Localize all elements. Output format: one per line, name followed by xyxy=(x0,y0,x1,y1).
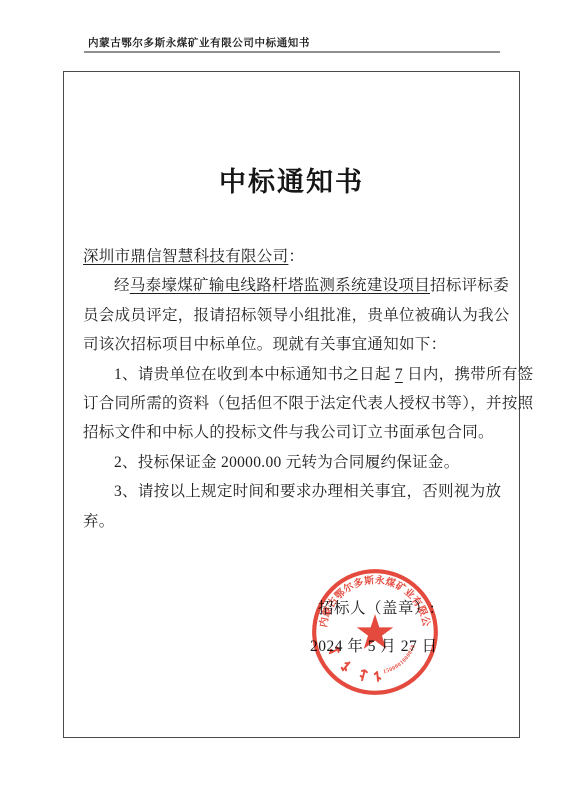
document-line: 经马泰壕煤矿输电线路杆塔监测系统建设项目招标评标委 xyxy=(83,271,507,300)
seal-registration-code: 1500001000018 xyxy=(383,644,417,675)
document-line: 订合同所需的资料（包括但不限于法定代表人授权书等），并按照 xyxy=(83,389,507,418)
body-text: 司该次招标项目中标单位。现就有关事宜通知如下： xyxy=(83,336,446,353)
underlined-text: 深圳市鼎信智慧科技有限公司 xyxy=(83,248,288,265)
document-line: 员会成员评定，报请招标领导小组批准，贵单位被确认为我公 xyxy=(83,301,507,330)
seal-company-text: 内蒙古鄂尔多斯永煤矿业有限公司 xyxy=(311,568,432,628)
seal-star-icon xyxy=(357,614,393,649)
body-text: 招标文件和中标人的投标文件与我公司订立书面承包合同。 xyxy=(83,424,494,441)
body-text: ： xyxy=(288,248,304,265)
body-text: 招标评标委 xyxy=(430,277,509,294)
document-border-box: 中标通知书 深圳市鼎信智慧科技有限公司：经马泰壕煤矿输电线路杆塔监测系统建设项目… xyxy=(63,71,520,738)
mongolian-script-glyphs xyxy=(329,646,381,681)
document-line: 3、请按以上规定时间和要求办理相关事宜，否则视为放 xyxy=(83,477,507,506)
seal-svg: 内蒙古鄂尔多斯永煤矿业有限公司 1500001000018 xyxy=(311,568,439,696)
document-line: 弃。 xyxy=(83,507,507,536)
body-text: 1、请贵单位在收到本中标通知书之日起 xyxy=(114,366,395,383)
body-text: 2、投标保证金 20000.00 元转为合同履约保证金。 xyxy=(114,454,460,471)
document-title: 中标通知书 xyxy=(64,160,519,199)
company-seal-stamp: 内蒙古鄂尔多斯永煤矿业有限公司 1500001000018 xyxy=(311,568,439,696)
body-text: 3、请按以上规定时间和要求办理相关事宜，否则视为放 xyxy=(114,483,501,500)
document-line: 深圳市鼎信智慧科技有限公司： xyxy=(83,242,507,271)
body-text: 员会成员评定，报请招标领导小组批准，贵单位被确认为我公 xyxy=(83,307,510,324)
document-line: 2、投标保证金 20000.00 元转为合同履约保证金。 xyxy=(83,448,507,477)
document-body: 深圳市鼎信智慧科技有限公司：经马泰壕煤矿输电线路杆塔监测系统建设项目招标评标委员… xyxy=(83,242,507,536)
body-text: 订合同所需的资料（包括但不限于法定代表人授权书等），并按照 xyxy=(83,395,533,412)
document-line: 1、请贵单位在收到本中标通知书之日起 7 日内，携带所有签 xyxy=(83,360,507,389)
document-line: 司该次招标项目中标单位。现就有关事宜通知如下： xyxy=(83,330,507,359)
body-text: 日内，携带所有签 xyxy=(403,366,534,383)
document-line: 招标文件和中标人的投标文件与我公司订立书面承包合同。 xyxy=(83,418,507,447)
print-header-title: 内蒙古鄂尔多斯永煤矿业有限公司中标通知书 xyxy=(88,35,310,50)
underlined-text: 7 xyxy=(395,366,403,383)
body-text: 经 xyxy=(114,277,130,294)
underlined-text: 马泰壕煤矿输电线路杆塔监测系统建设项目 xyxy=(130,277,430,294)
header-rule xyxy=(84,51,500,53)
body-text: 弃。 xyxy=(83,513,115,530)
